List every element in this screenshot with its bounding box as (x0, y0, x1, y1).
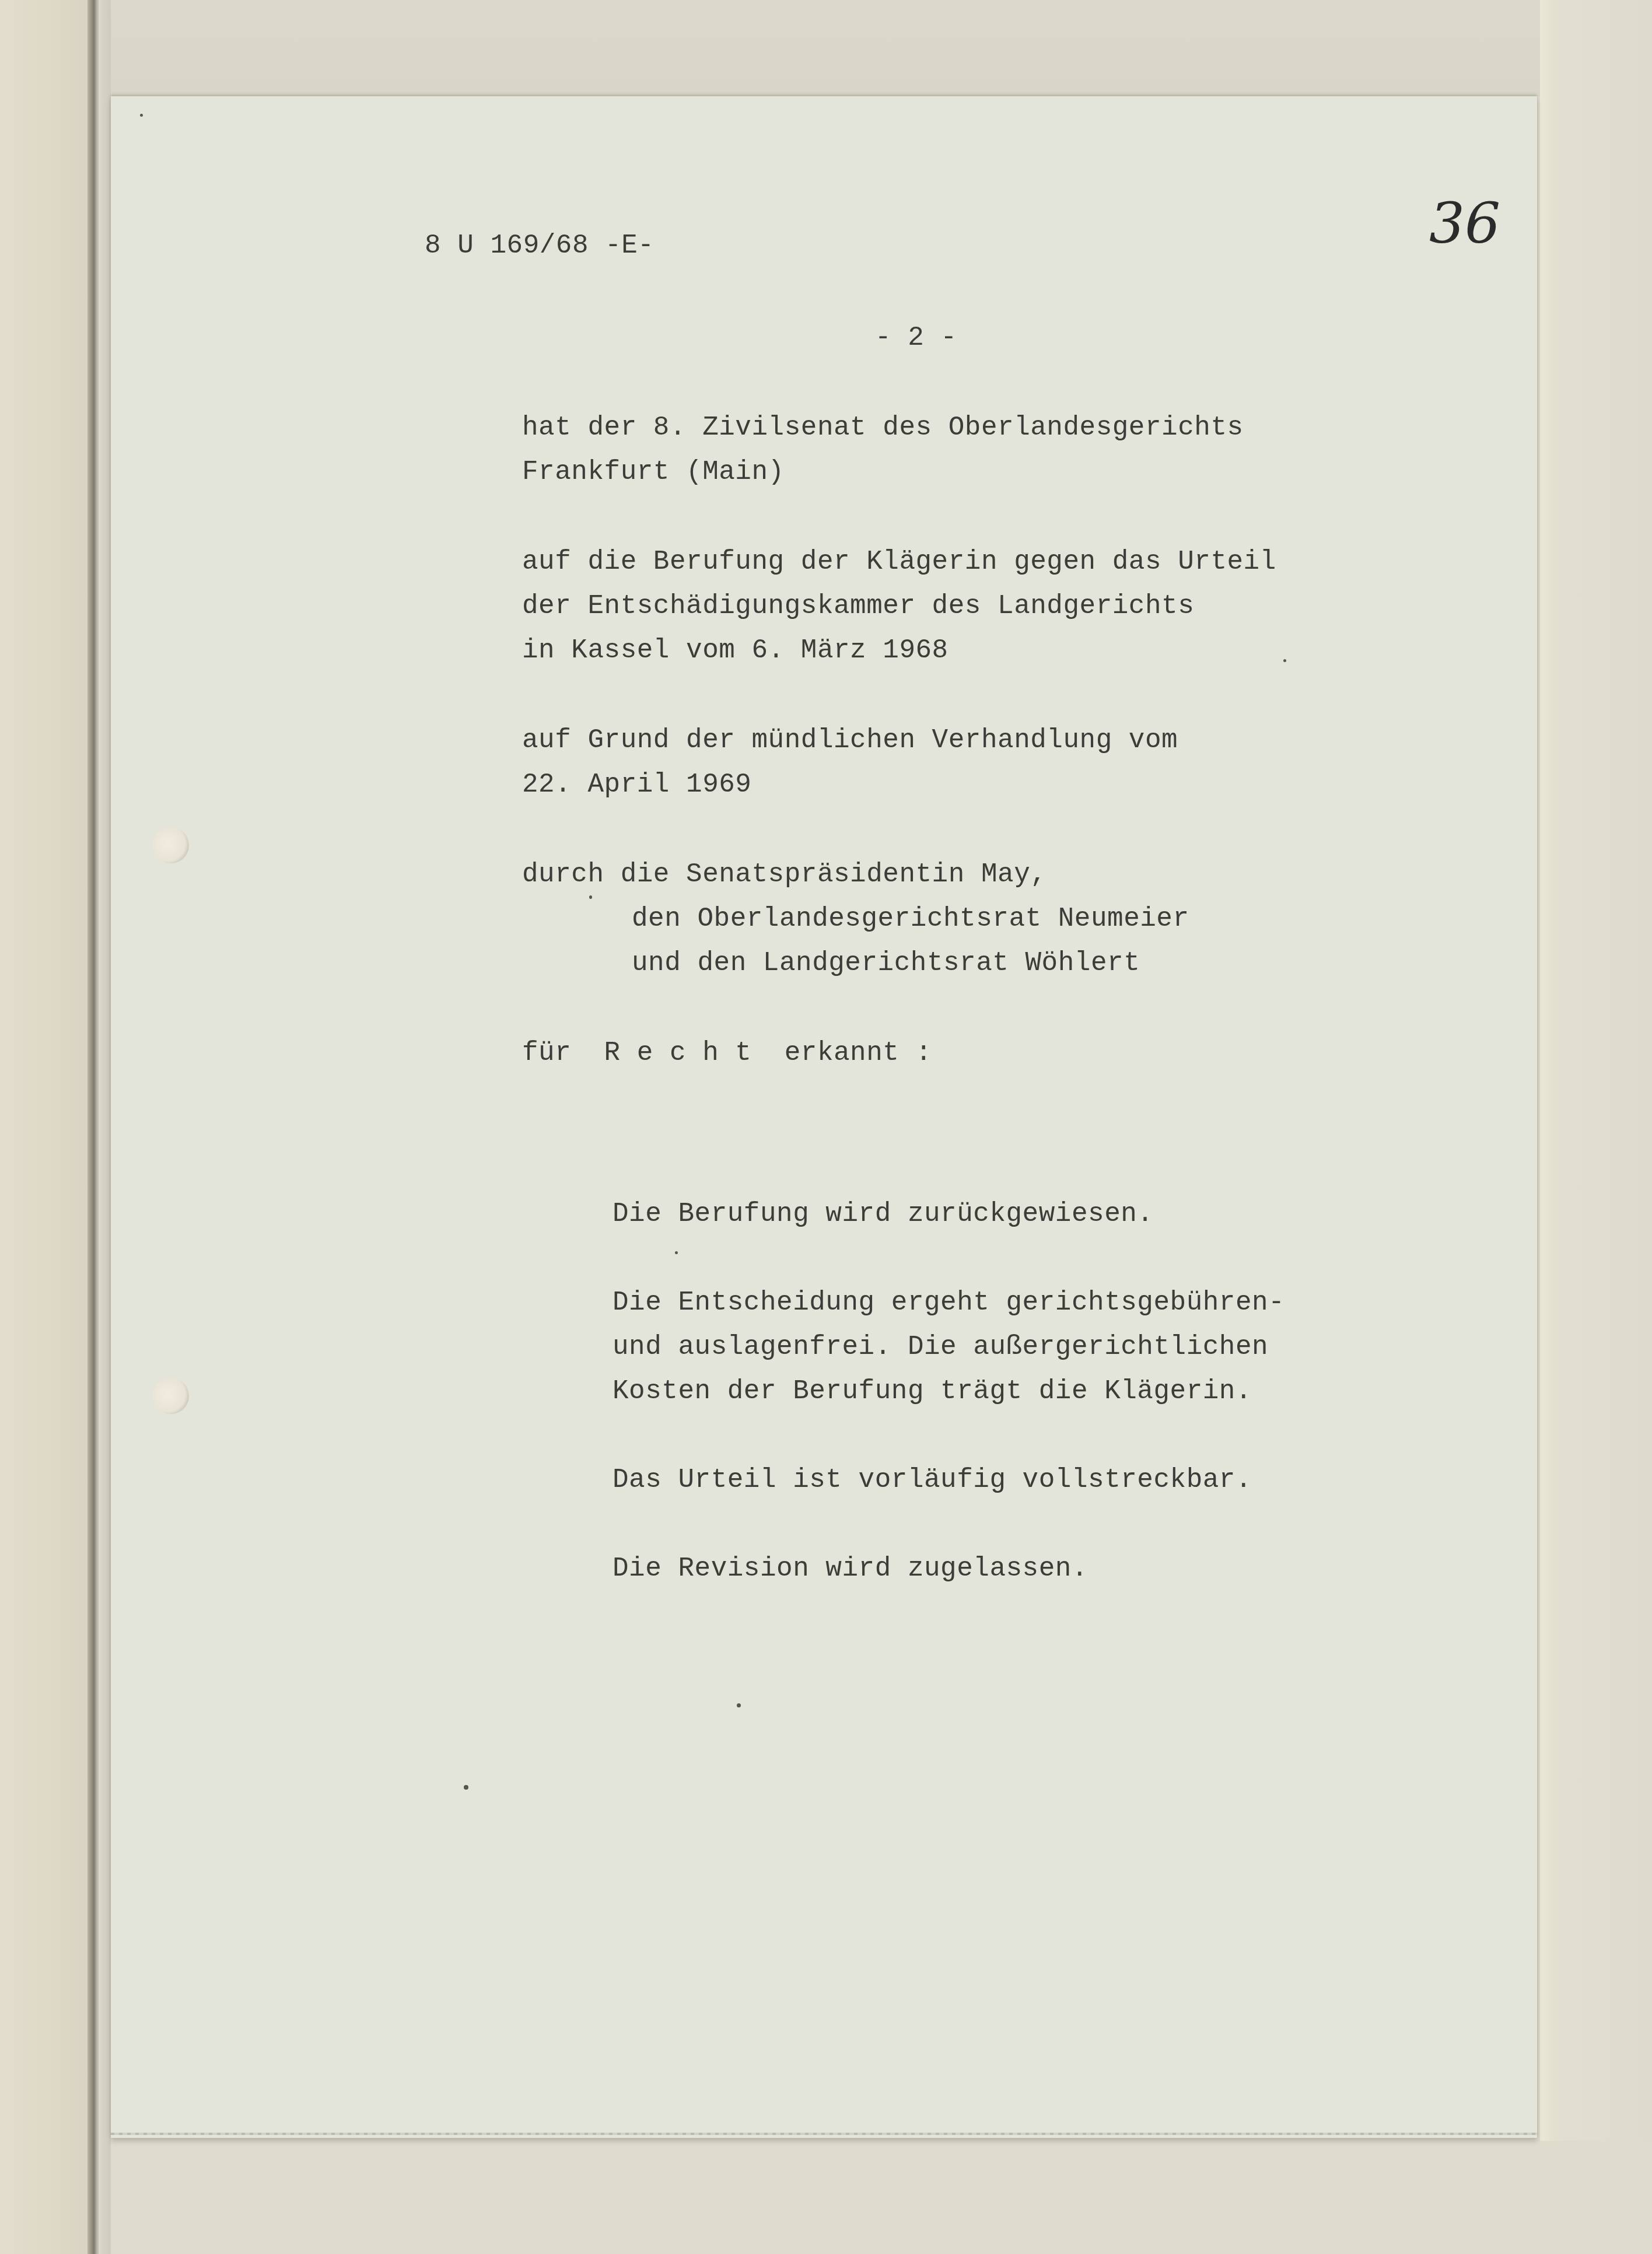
page-marker: - 2 - (875, 324, 957, 351)
judges-line-1: durch die Senatspräsidentin May, (522, 861, 1046, 888)
paper-speck (675, 1251, 678, 1254)
page-bottom-edge (111, 2133, 1537, 2135)
verdict-2-line-3: Kosten der Berufung trägt die Klägerin. (612, 1378, 1252, 1405)
verdict-4: Die Revision wird zugelassen. (612, 1555, 1088, 1582)
binder-rail (87, 0, 99, 2254)
judges-line-2: den Oberlandesgerichtsrat Neumeier (632, 905, 1189, 932)
punch-hole-lower (153, 1378, 189, 1414)
verdict-3: Das Urteil ist vorläufig vollstreckbar. (612, 1466, 1252, 1493)
underlying-sheet-right (1540, 0, 1652, 2254)
verdict-2-line-2: und auslagenfrei. Die außergerichtlichen (612, 1333, 1268, 1360)
paper-speck (589, 895, 592, 899)
binder-strip (0, 0, 87, 2254)
verdict-2-line-1: Die Entscheidung ergeht gerichtsgebühren… (612, 1289, 1284, 1316)
file-reference: 8 U 169/68 -E- (425, 232, 654, 259)
punch-hole-upper (153, 827, 189, 863)
document-page (111, 96, 1537, 2138)
hearing-line-1: auf Grund der mündlichen Verhandlung vom (522, 727, 1178, 754)
paper-speck (140, 114, 143, 117)
appeal-line-3: in Kassel vom 6. März 1968 (522, 637, 949, 664)
underlying-sheet-bottom (111, 2141, 1652, 2254)
hearing-line-2: 22. April 1969 (522, 771, 751, 798)
binder-rail-inner (100, 0, 111, 2254)
verdict-1: Die Berufung wird zurückgewiesen. (612, 1200, 1153, 1227)
judges-line-3: und den Landgerichtsrat Wöhlert (632, 950, 1140, 977)
paper-speck (464, 1785, 468, 1790)
judgment-heading: für R e c h t erkannt : (522, 1039, 932, 1066)
handwritten-folio-number: 36 (1429, 195, 1500, 251)
intro-line-1: hat der 8. Zivilsenat des Oberlandesgeri… (522, 414, 1244, 441)
underlying-sheet-top (111, 0, 1652, 96)
paper-speck (1283, 659, 1286, 662)
appeal-line-1: auf die Berufung der Klägerin gegen das … (522, 548, 1276, 575)
appeal-line-2: der Entschädigungskammer des Landgericht… (522, 593, 1194, 619)
paper-speck (737, 1703, 741, 1707)
intro-line-2: Frankfurt (Main) (522, 459, 785, 485)
